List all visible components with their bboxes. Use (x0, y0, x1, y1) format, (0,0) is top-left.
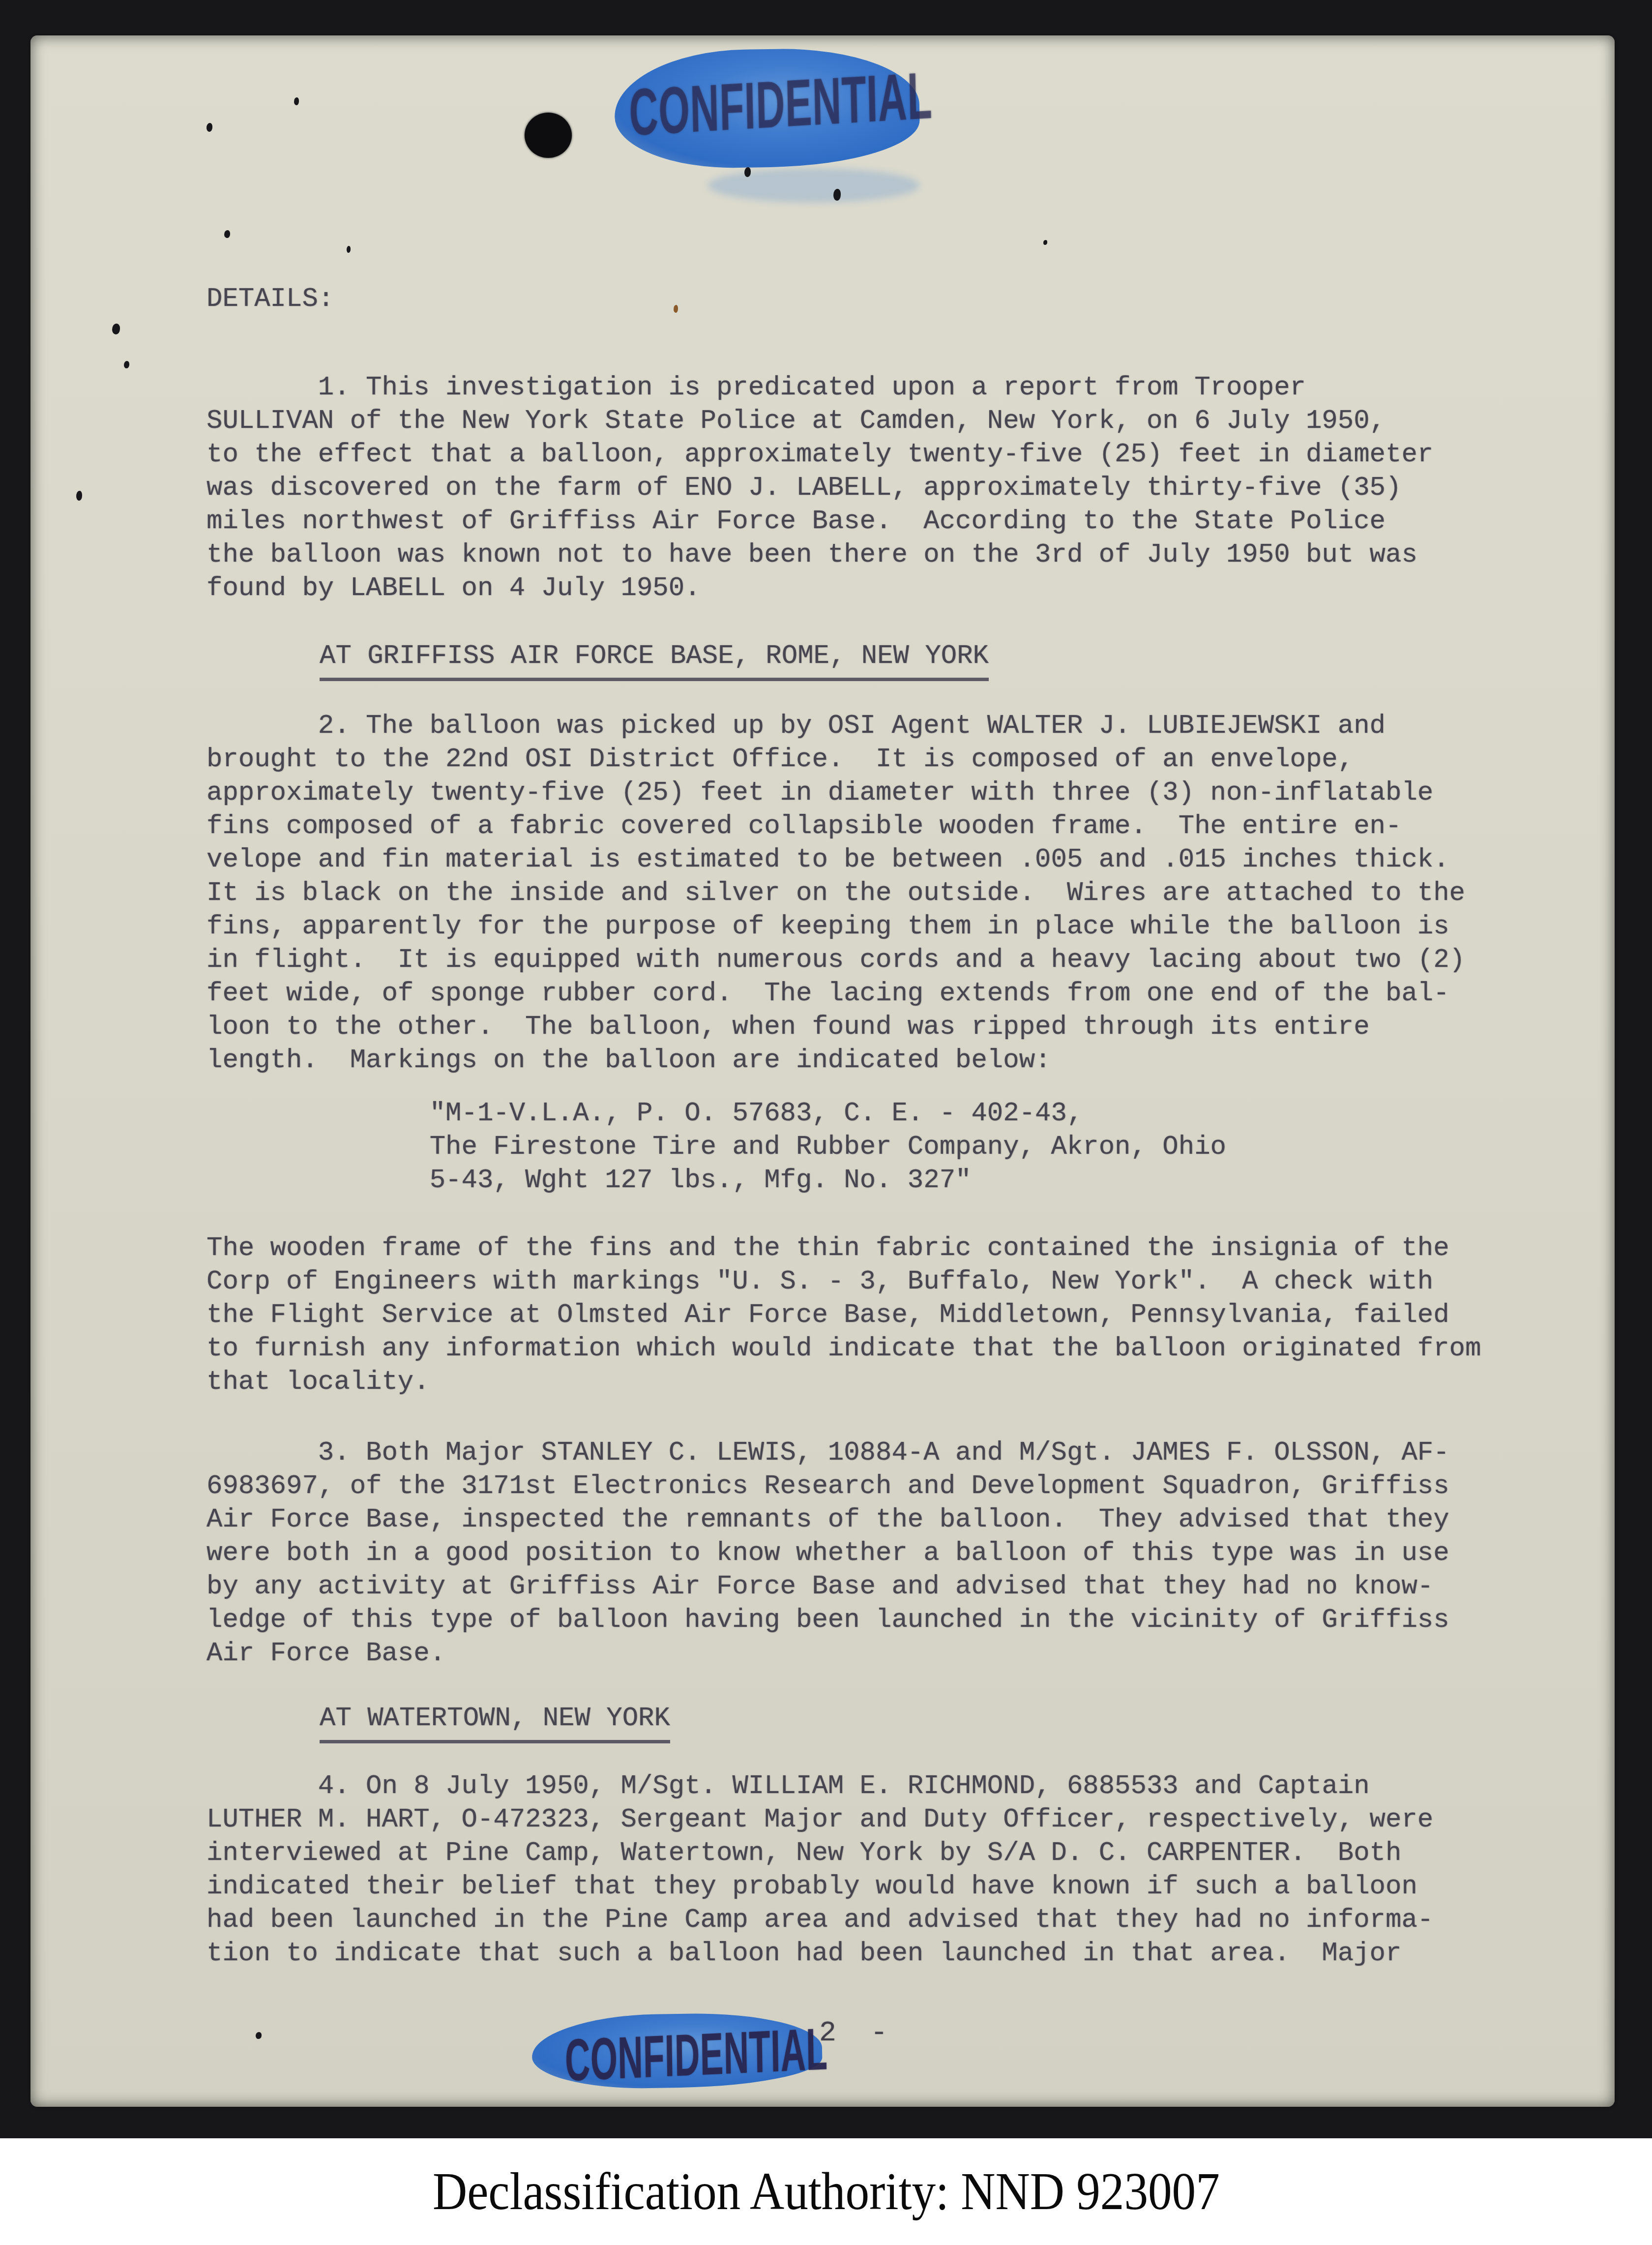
ink-speck (347, 246, 351, 253)
paragraph-2: 2. The balloon was picked up by OSI Agen… (206, 710, 1504, 1078)
ink-speck (224, 230, 230, 238)
scan-background: CONFIDENTIAL DETAILS: 1. This investigat… (0, 0, 1652, 2245)
section-heading-griffiss-text: AT GRIFFISS AIR FORCE BASE, ROME, NEW YO… (320, 640, 989, 681)
section-heading-watertown-text: AT WATERTOWN, NEW YORK (320, 1702, 670, 1743)
declassification-footer: Declassification Authority: NND 923007 (0, 2138, 1652, 2245)
details-label: DETAILS: (206, 283, 1504, 316)
ink-speck (294, 97, 299, 105)
ink-speck (112, 324, 120, 334)
hole-punch-icon (525, 113, 572, 158)
ink-speck (744, 167, 751, 177)
section-heading-griffiss: AT GRIFFISS AIR FORCE BASE, ROME, NEW YO… (320, 640, 1504, 681)
typed-text-column: DETAILS: 1. This investigation is predic… (206, 283, 1504, 1971)
paragraph-4: 4. On 8 July 1950, M/Sgt. WILLIAM E. RIC… (206, 1770, 1504, 1971)
marker-smear-icon (708, 168, 919, 203)
paragraph-3: 3. Both Major STANLEY C. LEWIS, 10884-A … (206, 1437, 1504, 1671)
confidential-stamp-top: CONFIDENTIAL (615, 49, 919, 167)
ink-speck (1043, 240, 1047, 245)
paragraph-2a: The wooden frame of the fins and the thi… (206, 1232, 1504, 1399)
ink-speck (124, 361, 129, 368)
ink-speck (76, 491, 82, 501)
page-number: 2 - (819, 2017, 887, 2049)
ink-speck (256, 2032, 262, 2039)
document-page: CONFIDENTIAL DETAILS: 1. This investigat… (30, 35, 1615, 2107)
confidential-stamp-text: CONFIDENTIAL (564, 2015, 828, 2095)
ink-speck (206, 123, 212, 132)
balloon-markings-quote: "M-1-V.L.A., P. O. 57683, C. E. - 402-43… (206, 1097, 1504, 1197)
paragraph-1: 1. This investigation is predicated upon… (206, 371, 1504, 605)
ink-speck (833, 189, 841, 201)
declassification-authority-text: Declassification Authority: NND 923007 (433, 2161, 1220, 2222)
section-heading-watertown: AT WATERTOWN, NEW YORK (320, 1702, 1504, 1743)
confidential-stamp-bottom: CONFIDENTIAL (532, 2014, 822, 2088)
